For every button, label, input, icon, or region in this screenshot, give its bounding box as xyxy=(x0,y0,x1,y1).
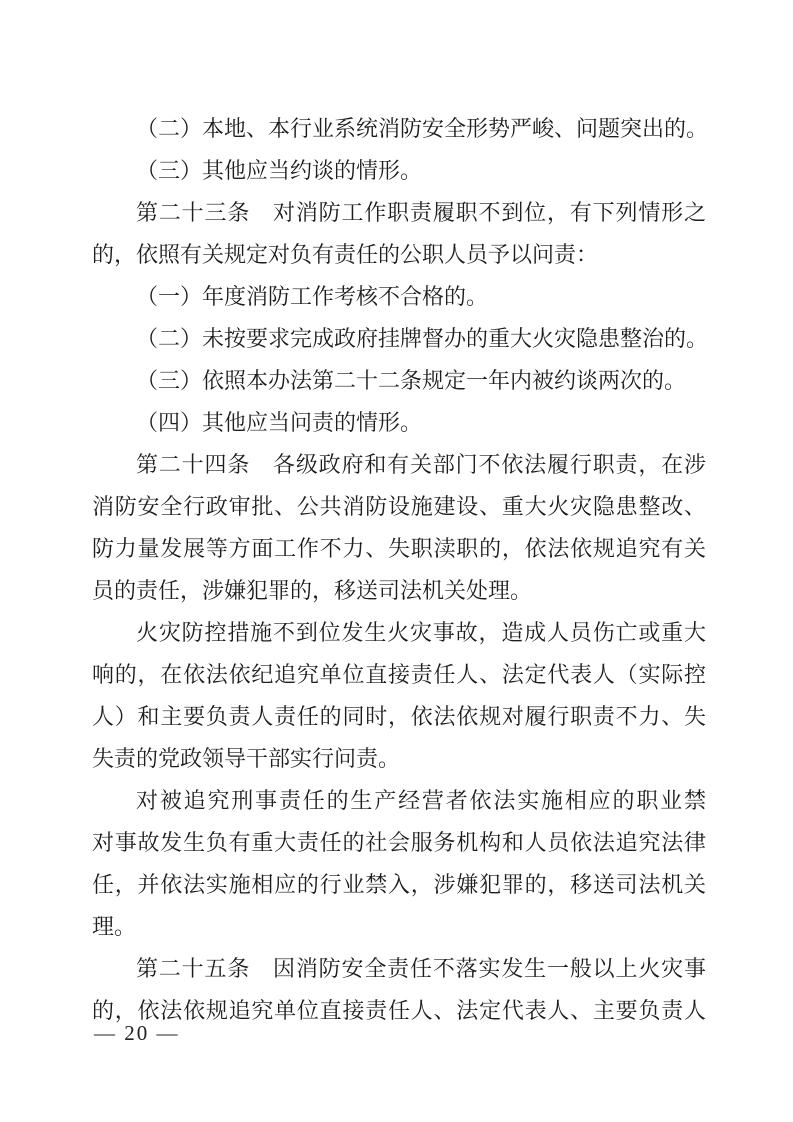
paragraph: （二）本地、本行业系统消防安全形势严峻、问题突出的。 xyxy=(92,108,706,150)
text-line: （一）年度消防工作考核不合格的。 xyxy=(92,276,706,318)
text-line: 火灾防控措施不到位发生火灾事故，造成人员伤亡或重大影 xyxy=(92,612,706,654)
paragraph: （三）其他应当约谈的情形。 xyxy=(92,150,706,192)
text-line: 人）和主要负责人责任的同时，依法依规对履行职责不力、失职 xyxy=(92,696,706,738)
text-line: 任，并依法实施相应的行业禁入，涉嫌犯罪的，移送司法机关处 xyxy=(92,864,706,906)
text-line: 响的，在依法依纪追究单位直接责任人、法定代表人（实际控制 xyxy=(92,654,706,696)
paragraph: 第二十三条 对消防工作职责履职不到位，有下列情形之一的，依照有关规定对负有责任的… xyxy=(92,192,706,276)
paragraph: （一）年度消防工作考核不合格的。 xyxy=(92,276,706,318)
text-line: 失责的党政领导干部实行问责。 xyxy=(92,738,706,780)
text-line: 的，依法依规追究单位直接责任人、法定代表人、主要负责人或 xyxy=(92,990,706,1032)
text-line: 对事故发生负有重大责任的社会服务机构和人员依法追究法律责 xyxy=(92,822,706,864)
text-line: 理。 xyxy=(92,906,706,948)
paragraph: 第二十四条 各级政府和有关部门不依法履行职责，在涉及消防安全行政审批、公共消防设… xyxy=(92,444,706,612)
paragraph: 对被追究刑事责任的生产经营者依法实施相应的职业禁入，对事故发生负有重大责任的社会… xyxy=(92,780,706,948)
text-line: 的，依照有关规定对负有责任的公职人员予以问责： xyxy=(92,234,706,276)
paragraph: （二）未按要求完成政府挂牌督办的重大火灾隐患整治的。 xyxy=(92,318,706,360)
paragraph: （三）依照本办法第二十二条规定一年内被约谈两次的。 xyxy=(92,360,706,402)
paragraph: 第二十五条 因消防安全责任不落实发生一般以上火灾事故的，依法依规追究单位直接责任… xyxy=(92,948,706,1032)
text-line: 消防安全行政审批、公共消防设施建设、重大火灾隐患整改、消 xyxy=(92,486,706,528)
document-body: （二）本地、本行业系统消防安全形势严峻、问题突出的。（三）其他应当约谈的情形。第… xyxy=(92,108,706,1032)
paragraph: 火灾防控措施不到位发生火灾事故，造成人员伤亡或重大影响的，在依法依纪追究单位直接… xyxy=(92,612,706,780)
text-line: （三）其他应当约谈的情形。 xyxy=(92,150,706,192)
page-number: — 20 — xyxy=(94,1021,180,1045)
text-line: （四）其他应当问责的情形。 xyxy=(92,402,706,444)
text-line: 对被追究刑事责任的生产经营者依法实施相应的职业禁入， xyxy=(92,780,706,822)
text-line: （三）依照本办法第二十二条规定一年内被约谈两次的。 xyxy=(92,360,706,402)
text-line: 员的责任，涉嫌犯罪的，移送司法机关处理。 xyxy=(92,570,706,612)
text-line: （二）未按要求完成政府挂牌督办的重大火灾隐患整治的。 xyxy=(92,318,706,360)
paragraph: （四）其他应当问责的情形。 xyxy=(92,402,706,444)
text-line: 防力量发展等方面工作不力、失职渎职的，依法依规追究有关人 xyxy=(92,528,706,570)
document-page: （二）本地、本行业系统消防安全形势严峻、问题突出的。（三）其他应当约谈的情形。第… xyxy=(0,0,793,1122)
page-footer: — 20 — xyxy=(94,1018,180,1048)
text-line: 第二十五条 因消防安全责任不落实发生一般以上火灾事故 xyxy=(92,948,706,990)
text-line: 第二十四条 各级政府和有关部门不依法履行职责，在涉及 xyxy=(92,444,706,486)
text-line: 第二十三条 对消防工作职责履职不到位，有下列情形之一 xyxy=(92,192,706,234)
text-line: （二）本地、本行业系统消防安全形势严峻、问题突出的。 xyxy=(92,108,706,150)
